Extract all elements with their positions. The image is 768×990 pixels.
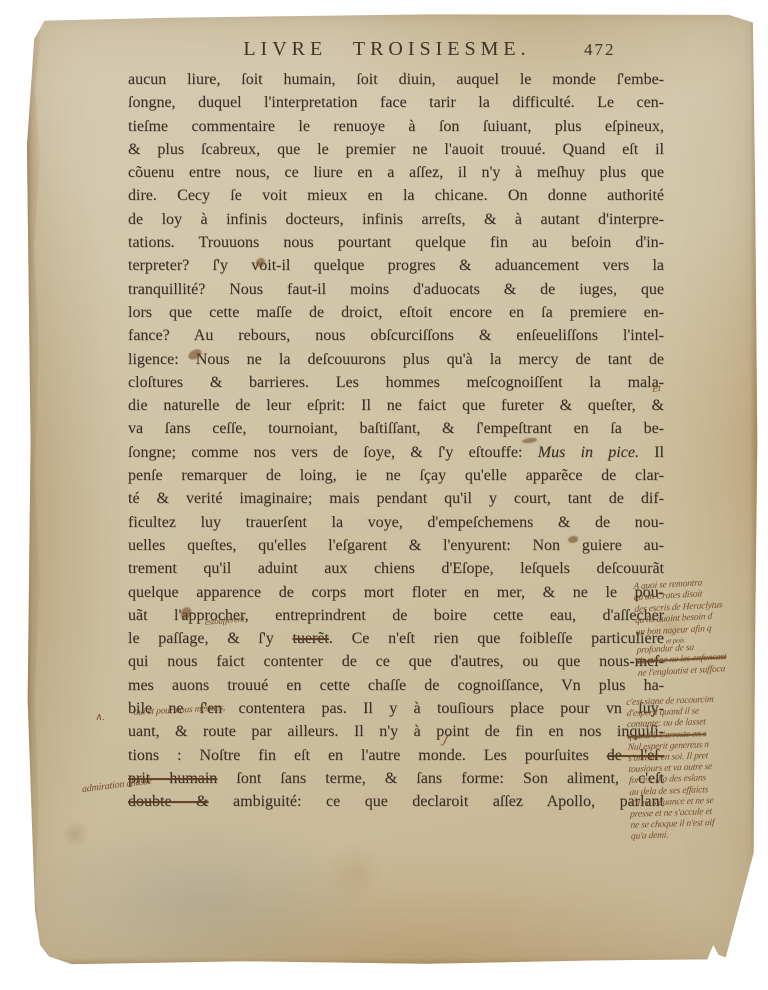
print-text: cloſtures & barrieres. Les hommes meſcog… <box>128 374 664 391</box>
print-text: lors que cette maſſe de droict, eſtoit e… <box>128 304 664 321</box>
print-text: té & verité imaginaire; mais pendant qu'… <box>128 490 664 507</box>
print-line: tieſme commentaire le renuoye à ſon ſuiu… <box>128 115 664 138</box>
print-line: aucun liure, ſoit humain, ſoit diuin, au… <box>128 68 664 91</box>
print-line: dire. Cecy ſe voit mieux en la chicane. … <box>128 184 664 207</box>
print-line: fance? Au rebours, nous obſcurciſſons & … <box>128 324 664 347</box>
print-line: tranquillité? Nous faut-il moins d'aduoc… <box>128 278 664 301</box>
photo-background: LIVRE TROISIESME. 472 aucun liure, ſoit … <box>0 0 768 990</box>
print-line: mes auons trouué en cette chaſſe de cogn… <box>128 674 664 697</box>
print-line: terpreter? ſ'y voit-il quelque progres &… <box>128 254 664 277</box>
correction-et-over-ampersand: Et <box>652 383 661 395</box>
print-text: tions : Noſtre fin eſt en l'autre monde.… <box>128 747 607 764</box>
print-text: cõuenu entre nous, ce liure en a aſſez, … <box>128 164 664 181</box>
print-line: lors que cette maſſe de droict, eſtoit e… <box>128 301 664 324</box>
print-line: uant, & route par ailleurs. Il n'y à poi… <box>128 720 664 743</box>
print-text: fance? Au rebours, nous obſcurciſſons & … <box>128 327 664 344</box>
print-text: ligence: Nous ne la deſcouurons plus qu'… <box>128 351 664 368</box>
print-text: mes auons trouué en cette chaſſe de cogn… <box>128 677 664 694</box>
print-text: ficultez luy trauerſent la voye, d'empeſ… <box>128 514 664 531</box>
print-line: trement qu'il aduint aux chiens d'Eſope,… <box>128 557 664 580</box>
page-number: 472 <box>584 40 616 60</box>
print-line: & plus ſcabreux, que le premier ne l'auo… <box>128 138 664 161</box>
page-left-edge <box>24 12 42 968</box>
print-line: qui nous faict contenter de ce que d'aut… <box>128 650 664 673</box>
print-text: die naturelle de leur eſprit: Il ne faic… <box>128 397 664 414</box>
print-line: cõuenu entre nous, ce liure en a aſſez, … <box>128 161 664 184</box>
margin-note-crates-heraclitus: A quoi se remontraqu'un Crates disoitdes… <box>633 573 768 680</box>
print-text: penſe remarquer de loing, ie ne ſçay qu'… <box>128 467 664 484</box>
print-text-block: aucun liure, ſoit humain, ſoit diuin, au… <box>128 68 664 814</box>
print-line: té & verité imaginaire; mais pendant qu'… <box>128 487 664 510</box>
print-line: de loy à infinis docteurs, infinis arreſ… <box>128 208 664 231</box>
print-line: tions : Noſtre fin eſt en l'autre monde.… <box>128 744 664 767</box>
print-text: ſont ſans terme, & ſans forme: Son alime… <box>217 770 664 787</box>
print-line: ficultez luy trauerſent la voye, d'empeſ… <box>128 511 664 534</box>
print-line: cloſtures & barrieres. Les hommes meſcog… <box>128 371 664 394</box>
print-text: Il <box>639 444 664 461</box>
print-line: uelles queſtes, qu'elles l'eſgarent & l'… <box>128 534 664 557</box>
print-line: tations. Trouuons nous pourtant quelque … <box>128 231 664 254</box>
print-text: tranquillité? Nous faut-il moins d'aduoc… <box>128 281 664 298</box>
print-text: qui nous faict contenter de ce que d'aut… <box>128 653 664 670</box>
print-text: uant, & route par ailleurs. Il n'y à poi… <box>128 723 664 740</box>
print-text: ſongne; comme nos vers de ſoye, & ſ'y eſ… <box>128 444 538 461</box>
print-text: ſongne, duquel l'interpretation face tar… <box>128 94 664 111</box>
print-text: dire. Cecy ſe voit mieux en la chicane. … <box>128 187 664 204</box>
print-text: & plus ſcabreux, que le premier ne l'auo… <box>128 141 664 158</box>
print-line: prit humain ſont ſans terme, & ſans form… <box>128 767 664 790</box>
print-text: de loy à infinis docteurs, infinis arreſ… <box>128 211 664 228</box>
print-text: uelles queſtes, qu'elles l'eſgarent & l'… <box>128 537 664 554</box>
margin-note-nul-esprit-genereux: c'est signe de racourcimd'esperit quand … <box>626 692 768 843</box>
page-bottom-edge <box>39 958 729 968</box>
print-text: va ſans ceſſe, tournoiant, baſtiſſant, &… <box>128 420 664 437</box>
print-line: ligence: Nous ne la deſcouurons plus qu'… <box>128 348 664 371</box>
struck-through-text: tuerẽt <box>292 630 328 647</box>
print-text: . Ce n'eſt rien que foibleſſe particulie… <box>329 630 664 647</box>
print-line: die naturelle de leur eſprit: Il ne faic… <box>128 394 664 417</box>
caret-mark: ∧. <box>95 712 106 723</box>
print-line: le paſſage, & ſ'y tuerẽt. Ce n'eſt rien … <box>128 627 664 650</box>
page-header: LIVRE TROISIESME. 472 <box>24 38 758 64</box>
print-text: terpreter? ſ'y voit-il quelque progres &… <box>128 257 664 274</box>
print-line: penſe remarquer de loing, ie ne ſçay qu'… <box>128 464 664 487</box>
print-text: le paſſage, & ſ'y <box>128 630 292 647</box>
print-text: aucun liure, ſoit humain, ſoit diuin, au… <box>128 71 664 88</box>
print-line: ſongne, duquel l'interpretation face tar… <box>128 91 664 114</box>
struck-through-text: doubte & <box>128 793 209 810</box>
print-text: tations. Trouuons nous pourtant quelque … <box>128 234 664 251</box>
print-text: ambiguité: ce que declaroit aſſez Apollo… <box>209 793 664 810</box>
book-page: LIVRE TROISIESME. 472 aucun liure, ſoit … <box>24 12 758 968</box>
latin-quote: Mus in pice. <box>538 444 639 461</box>
print-line: va ſans ceſſe, tournoiant, baſtiſſant, &… <box>128 417 664 440</box>
print-text: trement qu'il aduint aux chiens d'Eſope,… <box>128 560 664 577</box>
print-text: tieſme commentaire le renuoye à ſon ſuiu… <box>128 118 664 135</box>
print-text: quelque apparence de corps mort floter e… <box>128 584 664 601</box>
running-title: LIVRE TROISIESME. <box>192 38 582 61</box>
print-line: doubte & ambiguité: ce que declaroit aſſ… <box>128 790 664 813</box>
print-line: quelque apparence de corps mort floter e… <box>128 581 664 604</box>
print-line: ſongne; comme nos vers de ſoye, & ſ'y eſ… <box>128 441 664 464</box>
